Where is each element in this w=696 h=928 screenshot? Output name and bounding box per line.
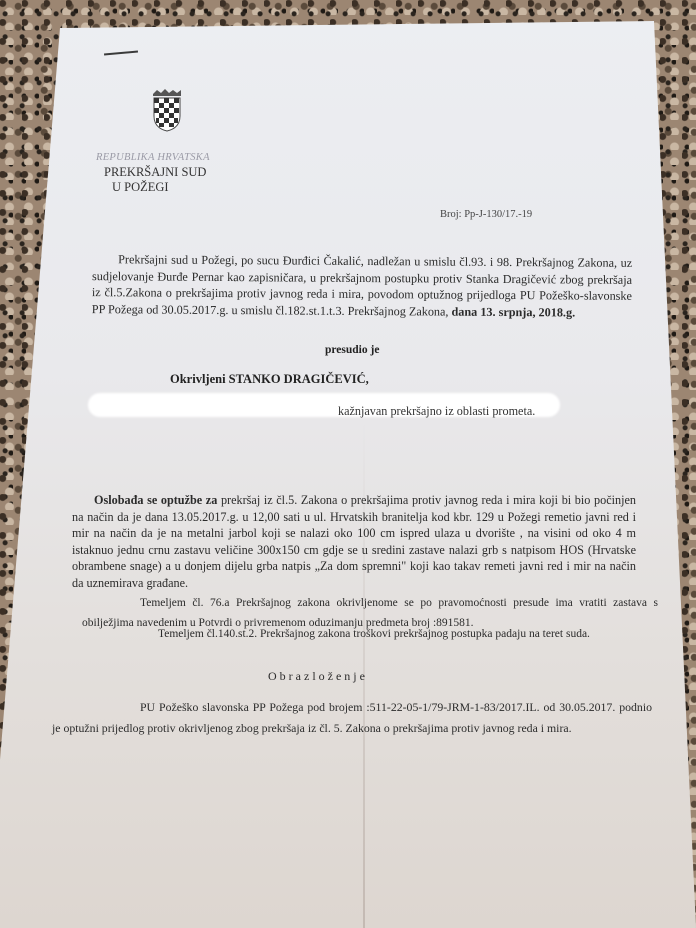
reasoning-heading: Obrazloženje	[268, 669, 368, 684]
acquittal-label: Oslobađa se optužbe za	[94, 493, 217, 507]
croatian-coat-of-arms-icon	[150, 88, 184, 132]
intro-paragraph: Prekršajni sud u Požegi, po sucu Đurđici…	[92, 251, 632, 321]
court-header: REPUBLIKA HRVATSKA PREKRŠAJNI SUD U POŽE…	[96, 150, 210, 195]
court-city: U POŽEGI	[96, 180, 210, 195]
document-page	[0, 0, 696, 928]
court-name: PREKRŠAJNI SUD	[96, 165, 210, 180]
reasoning-paragraph: PU Požeško slavonska PP Požega pod broje…	[52, 697, 652, 739]
return-paragraph: Temeljem čl. 76.a Prekršajnog zakona okr…	[82, 593, 658, 633]
costs-paragraph: Temeljem čl.140.st.2. Prekršajnog zakona…	[158, 628, 590, 640]
verdict-heading: presudio je	[325, 344, 379, 356]
defendant-name: Okrivljeni STANKO DRAGIČEVIĆ,	[170, 372, 369, 387]
case-number: Broj: Pp-J-130/17.-19	[440, 209, 532, 220]
acquittal-paragraph: Oslobađa se optužbe za prekršaj iz čl.5.…	[72, 492, 636, 592]
defendant-record: kažnjavan prekršajno iz oblasti prometa.	[338, 404, 535, 419]
intro-date: dana 13. srpnja, 2018.g.	[452, 304, 576, 319]
republic-label: REPUBLIKA HRVATSKA	[96, 150, 210, 165]
